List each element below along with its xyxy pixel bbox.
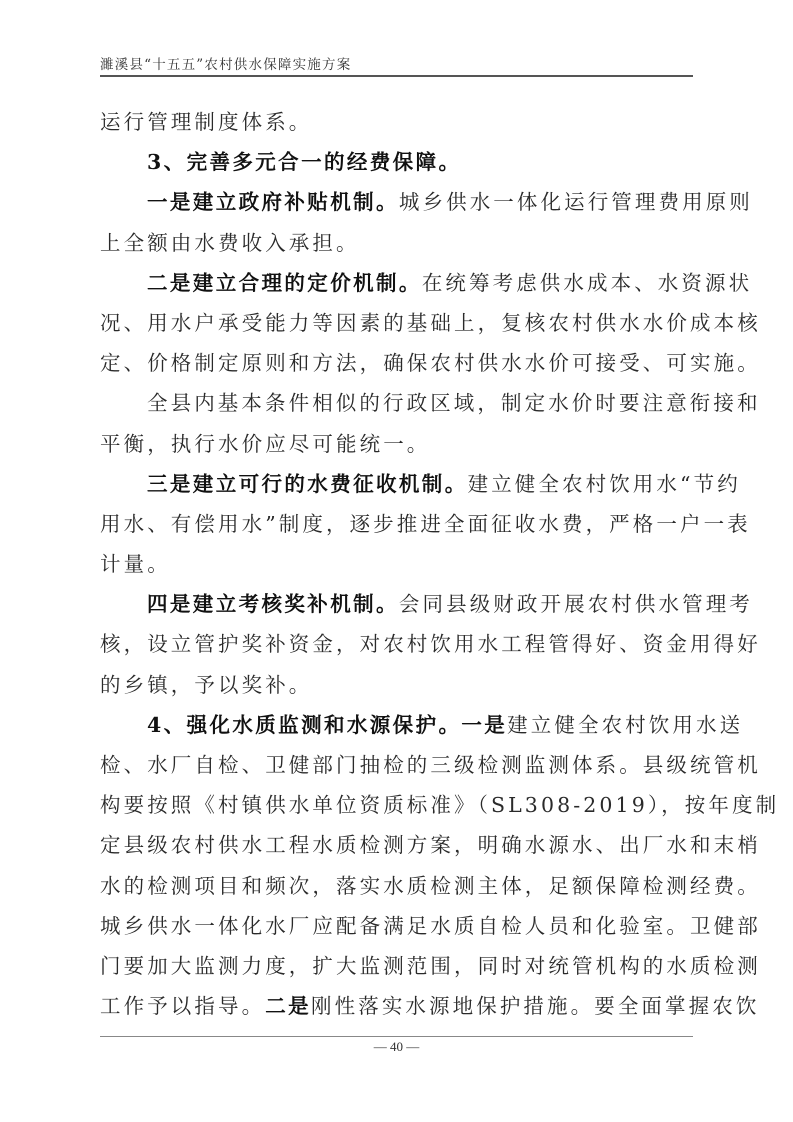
paragraph-line: 运行管理制度体系。 (100, 102, 694, 142)
text-run: 定、价格制定原则和方法，确保农村供水水价可接受、可实施。 (100, 351, 761, 375)
text-run: 检、水厂自检、卫健部门抽检的三级检测监测体系。县级统管机 (100, 753, 761, 777)
text-run: 况、用水户承受能力等因素的基础上，复核农村供水水价成本核 (100, 311, 761, 335)
bold-lead: 三是建立可行的水费征收机制。 (147, 472, 468, 496)
section-heading-4: 4、强化水质监测和水源保护。一是建立健全农村饮用水送 (100, 705, 694, 745)
paragraph-line: 检、水厂自检、卫健部门抽检的三级检测监测体系。县级统管机 (100, 745, 694, 785)
bold-heading: 4、强化水质监测和水源保护。一是 (147, 713, 507, 737)
text-run: 的乡镇，予以奖补。 (100, 673, 312, 697)
paragraph-line: 一是建立政府补贴机制。城乡供水一体化运行管理费用原则 (100, 182, 694, 222)
running-header: 濉溪县“十五五”农村供水保障实施方案 (100, 56, 693, 74)
paragraph-line: 计量。 (100, 544, 694, 584)
text-run: 建立健全农村饮用水“节约 (468, 472, 741, 496)
paragraph-line: 门要加大监测力度，扩大监测范围，同时对统管机构的水质检测 (100, 946, 694, 986)
text-run: 用水、有偿用水”制度，逐步推进全面征收水费，严格一户一表 (100, 512, 751, 536)
paragraph-line: 况、用水户承受能力等因素的基础上，复核农村供水水价成本核 (100, 303, 694, 343)
bold-lead: 二是 (265, 994, 311, 1018)
paragraph-line: 二是建立合理的定价机制。在统筹考虑供水成本、水资源状 (100, 263, 694, 303)
text-run: 水的检测项目和频次，落实水质检测主体，足额保障检测经费。 (100, 874, 761, 898)
paragraph-line: 水的检测项目和频次，落实水质检测主体，足额保障检测经费。 (100, 866, 694, 906)
footer-rule (100, 1036, 693, 1037)
paragraph-line: 全县内基本条件相似的行政区域，制定水价时要注意衔接和 (100, 383, 694, 423)
paragraph-line: 上全额由水费收入承担。 (100, 223, 694, 263)
paragraph-line: 四是建立考核奖补机制。会同县级财政开展农村供水管理考 (100, 584, 694, 624)
text-run: 城乡供水一体化运行管理费用原则 (399, 190, 753, 214)
section-heading-3: 3、完善多元合一的经费保障。 (100, 142, 694, 182)
text-run: 工作予以指导。 (100, 994, 265, 1018)
paragraph-line: 构要按照《村镇供水单位资质标准》（SL308-2019），按年度制 (100, 785, 694, 825)
text-run: 核，设立管护奖补资金，对农村饮用水工程管得好、资金用得好 (100, 632, 761, 656)
bold-lead: 二是建立合理的定价机制。 (147, 271, 422, 295)
text-run: 定县级农村供水工程水质检测方案，明确水源水、出厂水和末梢 (100, 833, 761, 857)
text-run: 计量。 (100, 552, 171, 576)
paragraph-line: 定县级农村供水工程水质检测方案，明确水源水、出厂水和末梢 (100, 825, 694, 865)
text-run: 建立健全农村饮用水送 (507, 713, 743, 737)
paragraph-line: 工作予以指导。二是刚性落实水源地保护措施。要全面掌握农饮 (100, 986, 694, 1026)
bold-heading: 3、完善多元合一的经费保障。 (147, 150, 461, 174)
text-run: 运行管理制度体系。 (100, 110, 312, 134)
text-run: 会同县级财政开展农村供水管理考 (399, 592, 753, 616)
page-number: — 40 — (0, 1039, 793, 1055)
bold-lead: 四是建立考核奖补机制。 (147, 592, 399, 616)
paragraph-line: 定、价格制定原则和方法，确保农村供水水价可接受、可实施。 (100, 343, 694, 383)
paragraph-line: 核，设立管护奖补资金，对农村饮用水工程管得好、资金用得好 (100, 624, 694, 664)
text-run: 门要加大监测力度，扩大监测范围，同时对统管机构的水质检测 (100, 954, 761, 978)
text-run: 在统筹考虑供水成本、水资源状 (422, 271, 752, 295)
paragraph-line: 三是建立可行的水费征收机制。建立健全农村饮用水“节约 (100, 464, 694, 504)
paragraph-line: 平衡，执行水价应尽可能统一。 (100, 424, 694, 464)
header-rule (100, 75, 693, 77)
text-run: 城乡供水一体化水厂应配备满足水质自检人员和化验室。卫健部 (100, 914, 761, 938)
paragraph-line: 城乡供水一体化水厂应配备满足水质自检人员和化验室。卫健部 (100, 906, 694, 946)
body-text: 运行管理制度体系。 3、完善多元合一的经费保障。 一是建立政府补贴机制。城乡供水… (100, 102, 694, 1026)
paragraph-line: 的乡镇，予以奖补。 (100, 665, 694, 705)
paragraph-line: 用水、有偿用水”制度，逐步推进全面征收水费，严格一户一表 (100, 504, 694, 544)
text-run: 构要按照《村镇供水单位资质标准》（SL308-2019），按年度制 (100, 793, 779, 817)
text-run: 刚性落实水源地保护措施。要全面掌握农饮 (311, 994, 759, 1018)
text-run: 平衡，执行水价应尽可能统一。 (100, 432, 430, 456)
text-run: 上全额由水费收入承担。 (100, 231, 360, 255)
bold-lead: 一是建立政府补贴机制。 (147, 190, 399, 214)
text-run: 全县内基本条件相似的行政区域，制定水价时要注意衔接和 (147, 391, 761, 415)
